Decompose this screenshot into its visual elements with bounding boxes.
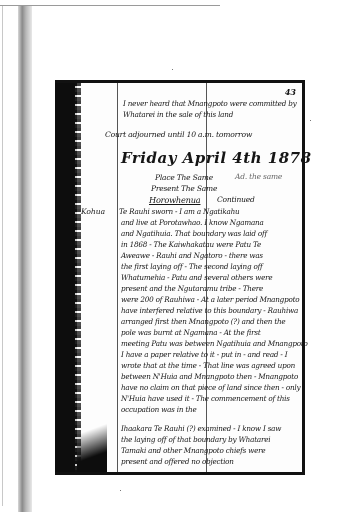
- scan-speck: [310, 120, 311, 121]
- scan-top-edge: [0, 5, 220, 6]
- body-line: and live at Porotawhao. I know Ngamana: [121, 218, 264, 227]
- book-gutter-shadow: [18, 6, 32, 512]
- cross-exam-line: Tamaki and other Mnangpoto chiefs were: [121, 446, 265, 455]
- body-line: arranged first then Mnangpoto (?) and th…: [121, 317, 286, 326]
- margin-rule-left: [117, 83, 118, 472]
- scan-speck: [172, 69, 173, 70]
- scan-speck: [120, 490, 121, 491]
- body-line: in 1868 - The Kaiwhakatau were Patu Te: [121, 240, 261, 249]
- body-line: have interfered relative to this boundar…: [121, 306, 298, 315]
- body-line: Te Rauhi sworn - I am a Ngatikahu: [119, 207, 239, 216]
- body-line: Whatumehia - Patu and several others wer…: [121, 273, 272, 282]
- date-heading: Friday April 4th 1878: [121, 149, 312, 167]
- body-line: and Ngatihuia. That boundary was laid of…: [121, 229, 267, 238]
- cross-exam-line: Ihaakara Te Rauhi (?) examined - I know …: [121, 424, 281, 433]
- binding-strip-shadow: [77, 402, 107, 472]
- top-entry-line-2: Whatarei in the sale of this land: [123, 110, 233, 119]
- cross-exam-line: present and offered no objection: [121, 457, 234, 466]
- document-page: 43 I never heard that Mnangpoto were com…: [55, 80, 305, 475]
- scan-left-edge: [2, 6, 3, 506]
- body-line: I have a paper relative to it - put in -…: [121, 350, 287, 359]
- page-number: 43: [285, 87, 296, 97]
- body-line: present and the Ngutaramu tribe - There: [121, 284, 263, 293]
- body-line: occupation was in the: [121, 405, 197, 414]
- body-line: were 200 of Rauhiwa - At a later period …: [121, 295, 299, 304]
- cross-exam-line: the laying off of that boundary by Whata…: [121, 435, 270, 444]
- body-line: wrote that at the time - That line was a…: [121, 361, 295, 370]
- body-line: Aweawe - Rauhi and Ngatoro - there was: [121, 251, 263, 260]
- adjournment-note: Court adjourned until 10 a.m. tomorrow: [105, 130, 252, 139]
- case-continued: Continued: [217, 195, 255, 204]
- present-line: Present The Same: [151, 184, 217, 193]
- body-line: the first laying off - The second laying…: [121, 262, 263, 271]
- case-heading: Horowhenua: [149, 195, 200, 205]
- place-line: Place The Same: [155, 173, 213, 182]
- top-entry-line-1: I never heard that Mnangpoto were commit…: [123, 99, 296, 108]
- body-line: N'Huia have used it - The commencement o…: [121, 394, 290, 403]
- binding-strip: [55, 83, 77, 472]
- witness-name: Kohua: [81, 207, 105, 216]
- body-line: pole was burnt at Ngamana - At the first: [121, 328, 261, 337]
- place-annotation: Ad. the same: [235, 172, 282, 181]
- body-line: have no claim on that piece of land sinc…: [121, 383, 300, 392]
- body-line: between N'Huia and Mnangpoto then - Mnan…: [121, 372, 298, 381]
- body-line: meeting Patu was between Ngatihuia and M…: [121, 339, 308, 348]
